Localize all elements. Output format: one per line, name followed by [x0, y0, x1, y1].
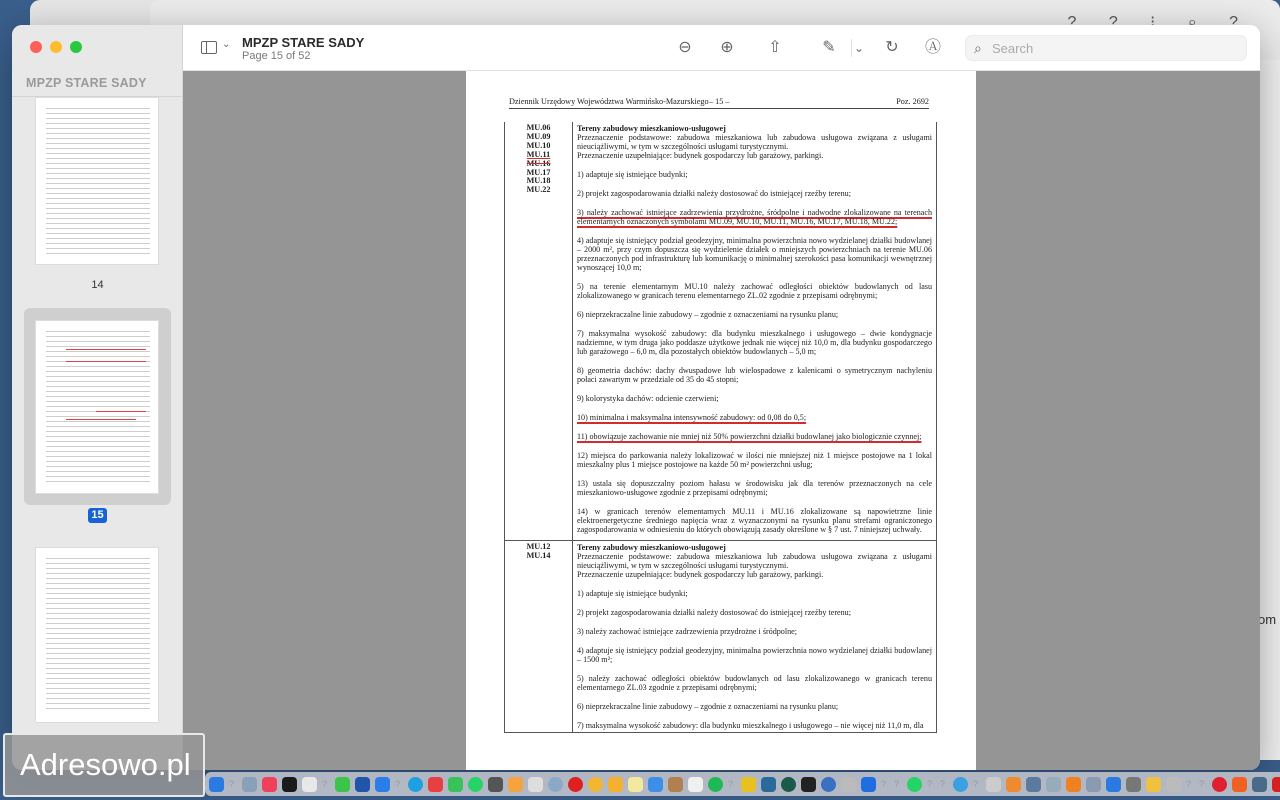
- zone-code: MU.14: [505, 552, 572, 561]
- share-button[interactable]: ⇧: [765, 38, 785, 58]
- photos-app-icon[interactable]: [508, 777, 523, 792]
- spotify-app-icon[interactable]: [708, 777, 723, 792]
- zone-codes: MU.12 MU.14: [505, 541, 573, 733]
- regulation-item: 2) projekt zagospodarowania działki nale…: [577, 608, 932, 617]
- thumbnail-annotation: [66, 419, 136, 420]
- dock-app-icon[interactable]: [1126, 777, 1141, 792]
- books-app-icon[interactable]: [1006, 777, 1021, 792]
- regulation-item: 14) w granicach terenów elementarnych MU…: [577, 507, 932, 534]
- dock-app-icon[interactable]: [741, 777, 756, 792]
- dock-app-icon[interactable]: [528, 777, 543, 792]
- dock-placeholder-icon: ?: [940, 779, 948, 789]
- document-title: MPZP STARE SADY: [242, 35, 364, 50]
- pencil-icon: ✎: [822, 39, 835, 56]
- dock-app-icon[interactable]: [428, 777, 443, 792]
- pdf-page: Dziennik Urzędowy Województwa Warmińsko-…: [466, 71, 976, 770]
- mail-app-icon[interactable]: [648, 777, 663, 792]
- dock-placeholder-icon: ?: [894, 779, 902, 789]
- toolbar: ⌄ MPZP STARE SADY Page 15 of 52 ⊖ ⊕ ⇧ ✎ …: [183, 25, 1260, 71]
- sidebar-document-title: MPZP STARE SADY: [26, 76, 147, 90]
- thumbnail-annotation: [96, 411, 146, 412]
- dock-app-icon[interactable]: [801, 777, 816, 792]
- calendar-app-icon[interactable]: [688, 777, 703, 792]
- background-window-edge: [1260, 60, 1280, 760]
- regulation-item-highlighted: 10) minimalna i maksymalna intensywność …: [577, 413, 932, 422]
- highlight-button[interactable]: ✎: [819, 38, 839, 58]
- thumbnail-sidebar: MPZP STARE SADY 14 15: [12, 25, 183, 770]
- zoom-in-button[interactable]: ⊕: [717, 38, 737, 58]
- dock-app-icon[interactable]: [548, 777, 563, 792]
- page-number: – 15 –: [709, 97, 729, 106]
- chevron-down-icon: ⌄: [222, 39, 230, 50]
- position-number: Poz. 2692: [896, 97, 929, 106]
- dock-placeholder-icon: ?: [1186, 779, 1194, 789]
- regulation-item: 3) należy zachować istniejące zadrzewien…: [577, 627, 932, 636]
- dock-placeholder-icon: ?: [927, 779, 935, 789]
- background-partial-text: om: [1258, 612, 1276, 627]
- zone-codes: MU.06 MU.09 MU.10 MU.11 MU.16 MU.17 MU.1…: [505, 122, 573, 540]
- bluetooth-app-icon[interactable]: [1106, 777, 1121, 792]
- zoom-out-icon: ⊖: [678, 39, 691, 56]
- search-input[interactable]: [992, 39, 1232, 57]
- section-heading: Tereny zabudowy mieszkaniowo-usługowej: [577, 124, 932, 133]
- thumbnail-page-16[interactable]: [35, 547, 159, 723]
- regulation-item: 4) adaptuje się istniejący podział geode…: [577, 646, 932, 664]
- dock-app-icon[interactable]: [821, 777, 836, 792]
- section-body: Tereny zabudowy mieszkaniowo-usługowej P…: [577, 122, 932, 534]
- dock-app-icon[interactable]: [209, 777, 224, 792]
- dock-app-icon[interactable]: [986, 777, 1001, 792]
- document-viewer[interactable]: Dziennik Urzędowy Województwa Warmińsko-…: [183, 71, 1260, 770]
- section-heading: Tereny zabudowy mieszkaniowo-usługowej: [577, 543, 932, 552]
- thumbnail-text-lines: [46, 331, 150, 483]
- notes-app-icon[interactable]: [628, 777, 643, 792]
- dock-app-icon[interactable]: [1086, 777, 1101, 792]
- dock-app-icon[interactable]: [1146, 777, 1161, 792]
- journal-name: Dziennik Urzędowy Województwa Warmińsko-…: [509, 97, 709, 106]
- vlc-app-icon[interactable]: [1066, 777, 1081, 792]
- dock-app-icon[interactable]: [1232, 777, 1247, 792]
- dock-app-icon[interactable]: [302, 777, 317, 792]
- calculator-app-icon[interactable]: [488, 777, 503, 792]
- regulation-item: 7) maksymalna wysokość zabudowy: dla bud…: [577, 721, 932, 730]
- acrobat-app-icon[interactable]: [1272, 777, 1280, 792]
- dock-placeholder-icon: ?: [973, 779, 981, 789]
- regulations-table: MU.06 MU.09 MU.10 MU.11 MU.16 MU.17 MU.1…: [504, 122, 937, 733]
- regulation-item: 1) adaptuje się istniejące budynki;: [577, 589, 932, 598]
- section-intro: Przeznaczenie podstawowe: zabudowa miesz…: [577, 552, 932, 570]
- markup-button[interactable]: Ⓐ: [923, 38, 943, 58]
- thumbnail-page-15[interactable]: [35, 320, 159, 494]
- minimize-button[interactable]: [50, 41, 62, 53]
- rotate-icon: ↻: [885, 39, 898, 56]
- preview-window: MPZP STARE SADY 14 15 ⌄ MPZP STARE SADY …: [12, 25, 1260, 770]
- dock-app-icon[interactable]: [1212, 777, 1227, 792]
- dock-app-icon[interactable]: [242, 777, 257, 792]
- regulation-item: 4) adaptuje się istniejący podział geode…: [577, 236, 932, 272]
- close-button[interactable]: [30, 41, 42, 53]
- tv-app-icon[interactable]: [282, 777, 297, 792]
- section-intro: Przeznaczenie uzupełniające: budynek gos…: [577, 151, 932, 160]
- regulation-item: 6) nieprzekraczalne linie zabudowy – zgo…: [577, 310, 932, 319]
- numbers-app-icon[interactable]: [448, 777, 463, 792]
- dock-placeholder-icon: ?: [881, 779, 889, 789]
- regulation-item: 12) miejsca do parkowania należy lokaliz…: [577, 451, 932, 469]
- thumbnail-text-lines: [46, 108, 150, 254]
- dock-app-icon[interactable]: [761, 777, 776, 792]
- dock-app-icon[interactable]: [355, 777, 370, 792]
- section-intro: Przeznaczenie podstawowe: zabudowa miesz…: [577, 133, 932, 151]
- regulation-item: 1) adaptuje się istniejące budynki;: [577, 170, 932, 179]
- dock-placeholder-icon: ?: [322, 779, 330, 789]
- dock-app-icon[interactable]: [1252, 777, 1267, 792]
- whatsapp-app-icon[interactable]: [468, 777, 483, 792]
- regulation-item-highlighted: 11) obowiązuje zachowanie nie mniej niż …: [577, 432, 932, 441]
- dock: ? ? ? ? ? ? ? ? ? ? ? ?: [205, 772, 1280, 796]
- regulation-item: 6) nieprzekraczalne linie zabudowy – zgo…: [577, 702, 932, 711]
- dock-app-icon[interactable]: [668, 777, 683, 792]
- watermark-logo: Adresowo.pl: [3, 733, 205, 797]
- sidebar-toggle-button[interactable]: ⌄: [201, 40, 231, 58]
- table-row: MU.06 MU.09 MU.10 MU.11 MU.16 MU.17 MU.1…: [505, 122, 936, 540]
- dock-placeholder-icon: ?: [1199, 779, 1207, 789]
- zone-code: MU.22: [505, 186, 572, 195]
- regulation-item: 8) geometria dachów: dachy dwuspadowe lu…: [577, 366, 932, 384]
- chevron-down-icon: ⌄: [854, 41, 864, 55]
- dock-app-icon[interactable]: [1026, 777, 1041, 792]
- zoom-in-icon: ⊕: [720, 39, 733, 56]
- dock-app-icon[interactable]: [1166, 777, 1181, 792]
- thumbnail-page-number: 14: [12, 279, 183, 291]
- thumbnail-annotation: [66, 361, 146, 362]
- regulation-item: 5) należy zachować odległości obiektów b…: [577, 674, 932, 692]
- messages-app-icon[interactable]: [335, 777, 350, 792]
- thumbnail-text-lines: [46, 558, 150, 712]
- dock-placeholder-icon: ?: [395, 779, 403, 789]
- thumbnail-page-number-selected: 15: [88, 508, 107, 523]
- chrome-app-icon[interactable]: [588, 777, 603, 792]
- thumbnail-page-14[interactable]: [35, 97, 159, 265]
- regulation-item-highlighted: 3) należy zachować istniejące zadrzewien…: [577, 208, 932, 226]
- dock-app-icon[interactable]: [841, 777, 856, 792]
- search-icon: ⌕: [974, 40, 982, 57]
- regulation-item: 7) maksymalna wysokość zabudowy: dla bud…: [577, 329, 932, 356]
- regulation-item: 2) projekt zagospodarowania działki nale…: [577, 189, 932, 198]
- regulation-item: 9) kolorystyka dachów: odcienie czerwien…: [577, 394, 932, 403]
- dock-app-icon[interactable]: [781, 777, 796, 792]
- skype-app-icon[interactable]: [408, 777, 423, 792]
- whatsapp-app-icon[interactable]: [907, 777, 922, 792]
- page-indicator: Page 15 of 52: [242, 50, 311, 62]
- dock-app-icon[interactable]: [953, 777, 968, 792]
- dock-placeholder-icon: ?: [229, 779, 237, 789]
- thumbnail-annotation: [66, 349, 146, 350]
- window-controls: [30, 41, 82, 53]
- search-field[interactable]: ⌕: [965, 35, 1247, 61]
- sidebar-icon: [201, 41, 217, 54]
- section-intro: Przeznaczenie uzupełniające: budynek gos…: [577, 570, 932, 579]
- music-app-icon[interactable]: [262, 777, 277, 792]
- dock-app-icon[interactable]: [375, 777, 390, 792]
- zoom-out-button[interactable]: ⊖: [675, 38, 695, 58]
- share-icon: ⇧: [768, 39, 781, 56]
- markup-icon: Ⓐ: [925, 39, 941, 56]
- highlight-menu-button[interactable]: ⌄: [849, 38, 869, 58]
- regulation-item: 13) ustala się dopuszczalny poziom hałas…: [577, 479, 932, 497]
- dock-app-icon[interactable]: [1046, 777, 1061, 792]
- dock-placeholder-icon: ?: [728, 779, 736, 789]
- page-header: Dziennik Urzędowy Województwa Warmińsko-…: [509, 97, 929, 109]
- dropbox-app-icon[interactable]: [861, 777, 876, 792]
- rotate-button[interactable]: ↻: [882, 38, 902, 58]
- opera-app-icon[interactable]: [568, 777, 583, 792]
- pages-app-icon[interactable]: [608, 777, 623, 792]
- section-body: Tereny zabudowy mieszkaniowo-usługowej P…: [577, 541, 932, 730]
- fullscreen-button[interactable]: [70, 41, 82, 53]
- table-row: MU.12 MU.14 Tereny zabudowy mieszkaniowo…: [505, 540, 936, 733]
- regulation-item: 5) na terenie elementarnym MU.10 należy …: [577, 282, 932, 300]
